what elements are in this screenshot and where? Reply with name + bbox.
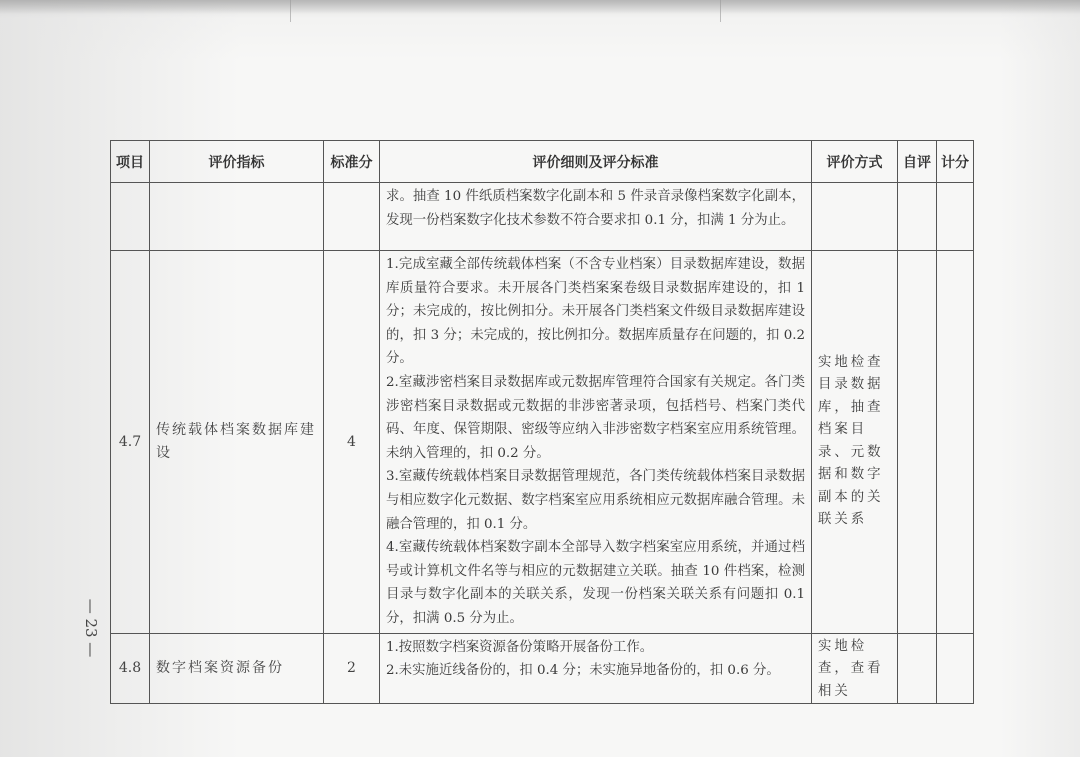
header-item: 项目 <box>111 141 150 183</box>
cell-item <box>111 183 150 251</box>
table-row-4-8: 4.8 数字档案资源备份 2 1.按照数字档案资源备份策略开展备份工作。 2.未… <box>111 633 974 704</box>
header-details: 评价细则及评分标准 <box>380 141 812 183</box>
cell-standard-score: 4 <box>324 251 380 634</box>
header-indicator: 评价指标 <box>150 141 324 183</box>
table-row-continuation: 求。抽查 10 件纸质档案数字化副本和 5 件录音录像档案数字化副本，发现一份档… <box>111 183 974 251</box>
cell-score <box>937 633 974 704</box>
cell-score <box>937 251 974 634</box>
cell-method: 实地检查目录数据库，抽查档案目录、元数据和数字副本的关联关系 <box>812 251 898 634</box>
cell-indicator <box>150 183 324 251</box>
page-number: — 23 — <box>80 598 100 658</box>
evaluation-table: 项目 评价指标 标准分 评价细则及评分标准 评价方式 自评 计分 求。抽查 10… <box>110 140 974 704</box>
cell-standard-score: 2 <box>324 633 380 704</box>
cell-item: 4.7 <box>111 251 150 634</box>
cell-indicator: 传统载体档案数据库建设 <box>150 251 324 634</box>
page-top-shadow <box>0 0 1080 14</box>
cell-self-eval <box>898 251 937 634</box>
detail-paragraph-2: 2.室藏涉密档案目录数据库或元数据库管理符合国家有关规定。各门类涉密档案目录数据… <box>386 371 805 465</box>
cell-score <box>937 183 974 251</box>
detail-paragraph-1: 1.完成室藏全部传统载体档案（不含专业档案）目录数据库建设，数据库质量符合要求。… <box>386 253 805 371</box>
detail-paragraph: 求。抽查 10 件纸质档案数字化副本和 5 件录音录像档案数字化副本，发现一份档… <box>386 185 805 232</box>
cell-method: 实地检查，查看相关 <box>812 633 898 704</box>
cell-self-eval <box>898 633 937 704</box>
paper-fold-right <box>720 0 721 22</box>
cell-indicator: 数字档案资源备份 <box>150 633 324 704</box>
cell-method <box>812 183 898 251</box>
detail-paragraph-4: 4.室藏传统载体档案数字副本全部导入数字档案室应用系统，并通过档号或计算机文件名… <box>386 536 805 630</box>
table-row-4-7: 4.7 传统载体档案数据库建设 4 1.完成室藏全部传统载体档案（不含专业档案）… <box>111 251 974 634</box>
detail-paragraph-1: 1.按照数字档案资源备份策略开展备份工作。 <box>386 636 805 660</box>
header-standard-score: 标准分 <box>324 141 380 183</box>
cell-item: 4.8 <box>111 633 150 704</box>
cell-self-eval <box>898 183 937 251</box>
paper-fold-left <box>290 0 291 22</box>
header-method: 评价方式 <box>812 141 898 183</box>
cell-details: 求。抽查 10 件纸质档案数字化副本和 5 件录音录像档案数字化副本，发现一份档… <box>380 183 812 251</box>
detail-paragraph-2: 2.未实施近线备份的，扣 0.4 分；未实施异地备份的，扣 0.6 分。 <box>386 659 805 683</box>
cell-standard-score <box>324 183 380 251</box>
cell-details: 1.完成室藏全部传统载体档案（不含专业档案）目录数据库建设，数据库质量符合要求。… <box>380 251 812 634</box>
detail-paragraph-3: 3.室藏传统载体档案目录数据管理规范，各门类传统载体档案目录数据与相应数字化元数… <box>386 465 805 536</box>
header-self-eval: 自评 <box>898 141 937 183</box>
header-score: 计分 <box>937 141 974 183</box>
cell-details: 1.按照数字档案资源备份策略开展备份工作。 2.未实施近线备份的，扣 0.4 分… <box>380 633 812 704</box>
table-header-row: 项目 评价指标 标准分 评价细则及评分标准 评价方式 自评 计分 <box>111 141 974 183</box>
